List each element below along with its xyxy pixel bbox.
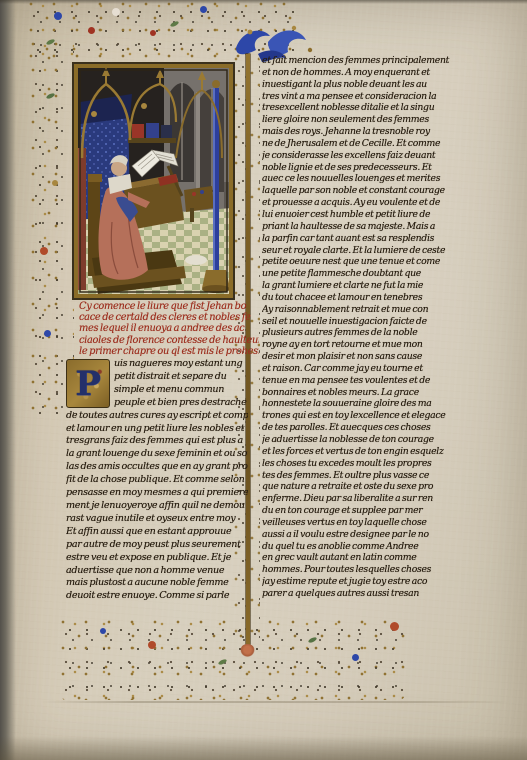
text-line: la grant louenge du sexe feminin et ou s… [66, 448, 248, 461]
text-line: fit de la chose publique. Et comme selon [66, 474, 248, 487]
text-line: inuestigant la plus noble deuant les au [262, 79, 460, 91]
text-line: pensasse en moy mesmes a qui premiere [66, 487, 248, 500]
text-line: et prouesse a acquis. Ay eu voulente et … [262, 197, 460, 209]
text-line: ment je lenuoyeroye affin quil ne demou [66, 500, 248, 513]
text-line: que nature a retraite et oste du sexe pr… [262, 481, 460, 493]
text-line: las des amis occultes que en ay grant pr… [66, 461, 248, 474]
text-line: la parfin car tant auant est sa resplend… [262, 233, 460, 245]
text-line: ne de Jherusalem et de Cecille. Et comme [262, 138, 460, 150]
text-line: tes des femmes. Et oultre plus vasse ce [262, 470, 460, 482]
left-text-column: uis nagueres moy estant ungpetit distrai… [66, 358, 248, 603]
parchment-crease [40, 701, 510, 703]
text-line: liere gloire non seulement des femmes [262, 114, 460, 126]
text-line: tresexcellent noblesse ditalie et la sin… [262, 102, 460, 114]
flower-blue [100, 628, 106, 634]
flower-white [112, 8, 120, 16]
left-column-lines: de toutes autres cures ay escript et com… [66, 410, 248, 604]
manuscript-photo: Cy comence le liure que fist Jehan bocac… [0, 0, 527, 760]
text-line: du quel tu es anoblie comme Andree [262, 541, 460, 553]
text-line: cace de certald des cleres et nobles fe [79, 312, 259, 323]
flower-red [88, 27, 95, 34]
rubric-incipit: Cy comence le liure que fist Jehan bocac… [79, 301, 259, 357]
text-line: de tes parolles. Et auecques ces choses [262, 422, 460, 434]
text-line: les choses tu excedes moult les propres [262, 458, 460, 470]
text-line: simple et menu commun [114, 384, 248, 397]
text-line: auec ce les nouuelles louenges et merite… [262, 173, 460, 185]
text-line: trones qui est en toy lexcellence et ele… [262, 410, 460, 422]
divider-end-flower [240, 644, 255, 657]
flower-red [40, 247, 48, 255]
text-line: plusieurs autres femmes de la noble [262, 327, 460, 339]
text-line: et lamour en ung petit liure les nobles … [66, 423, 248, 436]
text-line: parer a quelques autres aussi tresan [262, 588, 460, 600]
text-line: et les forces et vertus de ton engin esq… [262, 446, 460, 458]
text-line: tres vint a ma pensee et consideracion l… [262, 91, 460, 103]
text-line: mais des roys. Jehanne la tresnoble roy [262, 126, 460, 138]
binding-gutter-shadow [0, 0, 16, 760]
text-line: veilleuses vertus en toy laquelle chose [262, 517, 460, 529]
text-line: du tout chacee et lamour en tenebres [262, 292, 460, 304]
right-text-column: et fait mencion des femmes principalemen… [262, 55, 460, 600]
text-line: Et affin aussi que en estant approuue [66, 526, 248, 539]
text-line: aussi a il voulu estre designee par le n… [262, 529, 460, 541]
text-line: la grant lumiere et clarte ne fut la mie [262, 280, 460, 292]
text-line: lui enuoier cest humble et petit liure d… [262, 209, 460, 221]
text-line: laquelle par son noble et constant coura… [262, 185, 460, 197]
text-line: je aduertisse la noblesse de ton courage [262, 434, 460, 446]
text-line: petite oeuure nest que une tenue et come [262, 256, 460, 268]
page-bottom-edge-shadow [0, 736, 527, 760]
text-line: du en ton courage et supplee par mer [262, 505, 460, 517]
text-line: desir et mon plaisir et non sans cause [262, 351, 460, 363]
text-line: le primer chapre ou ql est mis le prohes… [79, 346, 259, 357]
text-line: tenue en ma pensee tes voulentes et de [262, 375, 460, 387]
text-line: deuoit estre enuoye. Comme si parle [66, 590, 248, 603]
text-line: rast vague inutile et oyseux entre moy [66, 513, 248, 526]
text-line: peuple et bien pres destrache [114, 397, 248, 410]
flower-red [150, 30, 156, 36]
text-line: petit distrait et separe du [114, 371, 248, 384]
flower-red [148, 641, 156, 649]
text-line: et non de hommes. A moy enquerant et [262, 67, 460, 79]
text-line: priant la haultesse de sa majeste. Mais … [262, 221, 460, 233]
text-line: une petite flammesche doubtant que [262, 268, 460, 280]
text-line: hommes. Pour toutes lesquelles choses [262, 564, 460, 576]
text-line: en grec vault autant en latin comme [262, 552, 460, 564]
miniature-author-portrait [72, 62, 235, 300]
text-line: et raison. Car comme jay eu tourne et [262, 363, 460, 375]
text-line: uis nagueres moy estant ung [114, 358, 248, 371]
flower-blue [54, 12, 62, 20]
text-line: ciaoles de florence contesse de haulteui… [79, 335, 259, 346]
page-top-edge [0, 0, 527, 4]
text-line: Ay raisonnablement retrait et mue con [262, 304, 460, 316]
text-line: je considerasse les excellens faiz deuan… [262, 150, 460, 162]
text-line: jay estime repute et jugie toy estre aco [262, 576, 460, 588]
text-line: mes lequel il enuoya a andree des ac [79, 323, 259, 334]
text-line: par autre de moy peust plus seurement [66, 539, 248, 552]
left-column-opening-lines: uis nagueres moy estant ungpetit distrai… [114, 358, 248, 410]
flower-blue [44, 330, 51, 337]
flower-red [390, 622, 399, 631]
text-line: Cy comence le liure que fist Jehan bo [79, 301, 259, 312]
text-line: seur et royale clarte. Et la lumiere de … [262, 245, 460, 257]
text-line: royne ay en tort retourne et mue mon [262, 339, 460, 351]
text-line: estre veu et expose en publique. Et je [66, 552, 248, 565]
text-line: bonnaires et nobles meurs. La grace [262, 387, 460, 399]
text-line: de toutes autres cures ay escript et com… [66, 410, 248, 423]
flower-blue [200, 6, 207, 13]
text-line: enferme. Dieu par sa liberalite a sur re… [262, 493, 460, 505]
text-line: et fait mencion des femmes principalemen… [262, 55, 460, 67]
text-line: seil et nouuelle inuestigacion faicte de [262, 316, 460, 328]
flower-blue [352, 654, 359, 661]
text-line: tresgrans faiz des femmes qui est plus a [66, 435, 248, 448]
text-line: noble lignie et de ses predecesseurs. Et [262, 162, 460, 174]
flower-gold [52, 180, 58, 186]
text-line: aduertisse que non a homme venue [66, 565, 248, 578]
text-line: honnestete la souueraine gloire des ma [262, 398, 460, 410]
text-line: mais plustost a aucune noble femme [66, 577, 248, 590]
